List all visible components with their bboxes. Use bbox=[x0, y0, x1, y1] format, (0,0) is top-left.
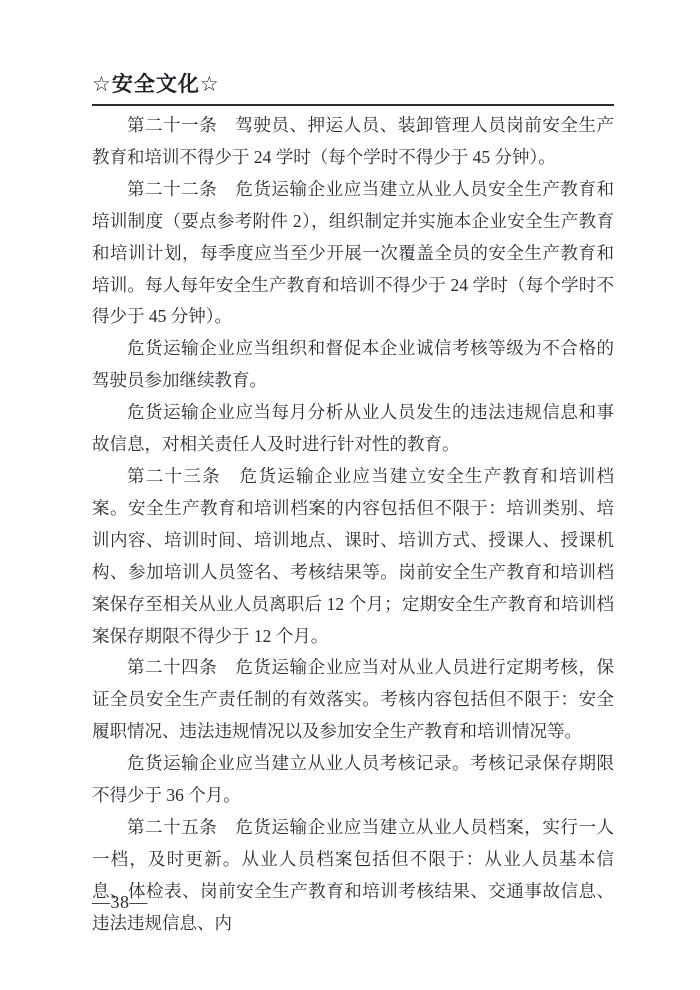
paragraph-article-24: 第二十四条 危货运输企业应当对从业人员进行定期考核，保证全员安全生产责任制的有效… bbox=[92, 652, 614, 748]
paragraph-article-22: 第二十二条 危货运输企业应当建立从业人员安全生产教育和培训制度（要点参考附件 2… bbox=[92, 174, 614, 334]
document-content: ☆安全文化☆ 第二十一条 驾驶员、押运人员、装卸管理人员岗前安全生产教育和培训不… bbox=[92, 72, 614, 940]
paragraph-article-23: 第二十三条 危货运输企业应当建立安全生产教育和培训档案。安全生产教育和培训档案的… bbox=[92, 461, 614, 652]
paragraph-article-21: 第二十一条 驾驶员、押运人员、装卸管理人员岗前安全生产教育和培训不得少于 24 … bbox=[92, 110, 614, 174]
header-divider bbox=[92, 104, 614, 106]
section-header: ☆安全文化☆ bbox=[92, 72, 614, 98]
paragraph-article-24-assessment-records: 危货运输企业应当建立从业人员考核记录。考核记录保存期限不得少于 36 个月。 bbox=[92, 748, 614, 812]
document-page: ☆安全文化☆ 第二十一条 驾驶员、押运人员、装卸管理人员岗前安全生产教育和培训不… bbox=[0, 0, 700, 990]
section-title: ☆安全文化☆ bbox=[92, 73, 220, 96]
page-number: —38— bbox=[92, 891, 148, 913]
paragraph-article-22-monthly-analysis: 危货运输企业应当每月分析从业人员发生的违法违规信息和事故信息，对相关责任人及时进… bbox=[92, 397, 614, 461]
document-body: 第二十一条 驾驶员、押运人员、装卸管理人员岗前安全生产教育和培训不得少于 24 … bbox=[92, 110, 614, 940]
paragraph-article-25: 第二十五条 危货运输企业应当建立从业人员档案，实行一人一档，及时更新。从业人员档… bbox=[92, 812, 614, 940]
paragraph-article-22-continuing-education: 危货运输企业应当组织和督促本企业诚信考核等级为不合格的驾驶员参加继续教育。 bbox=[92, 333, 614, 397]
